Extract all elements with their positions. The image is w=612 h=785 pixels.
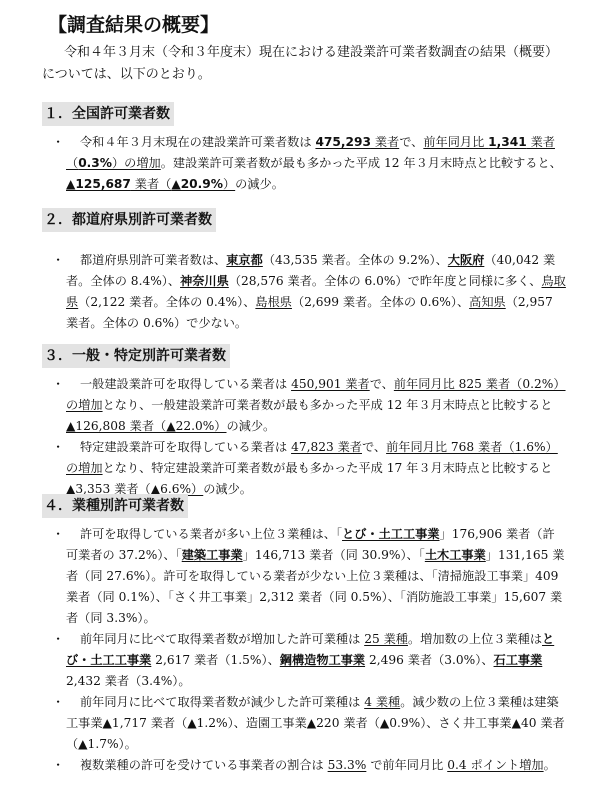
section-2-bullets: 都道府県別許可業者数は、東京都（43,535 業者。全体の 9.2%）、大阪府（… [56,250,566,334]
emphasized-text: 鋼構造物工事業 [280,653,365,667]
bullet-text: 特定建設業許可を取得している業者は [80,440,291,454]
section-3-bullets: 一般建設業許可を取得している業者は 450,901 業者で、前年同月比 825 … [56,374,566,500]
emphasized-text: 東京都 [226,253,263,267]
bullet-text: 2,496 業者（3.0%）、 [365,653,493,667]
bullet-text: 複数業種の許可を受けている事業者の割合は [80,758,328,772]
emphasized-text: ▲126,808 業者（▲22.0%） [66,419,227,433]
bullet-text: 2,617 業者（1.5%）、 [151,653,279,667]
emphasized-text: 47,823 業者 [291,440,362,454]
emphasized-text: ▲20.9% [171,177,223,191]
bullet-text: の減少。 [235,177,284,191]
section-4-bullets: 許可を取得している業者が多い上位３業種は、「とび・土工工事業」176,906 業… [56,524,566,776]
emphasized-text: 高知県 [469,295,506,309]
bullet-text: 。増加数の上位３業種は [408,632,542,646]
bullet-text: で、 [399,135,423,149]
bullet-item: 前年同月に比べて取得業者数が増加した許可業種は 25 業種。増加数の上位３業種は… [56,629,566,692]
bullet-item: 都道府県別許可業者数は、東京都（43,535 業者。全体の 9.2%）、大阪府（… [56,250,566,334]
bullet-text: 都道府県別許可業者数は、 [80,253,226,267]
emphasized-text: 業者 [371,135,399,149]
emphasized-text: 土木工事業 [425,548,486,562]
bullet-text: 2,432 業者（3.4%）。 [66,674,191,688]
emphasized-text: 475,293 [315,135,371,149]
bullet-text: （2,699 業者。全体の 0.6%）、 [292,295,469,309]
section-heading-3: ３．一般・特定別許可業者数 [42,344,230,368]
bullet-text: の減少。 [203,482,252,496]
intro-paragraph: 令和４年３月末（令和３年度末）現在における建設業許可業者数調査の結果（概要）につ… [42,42,562,86]
emphasized-text: ） [223,177,235,191]
emphasized-text: ）の増加 [112,156,161,170]
page-title: 【調査結果の概要】 [48,10,219,37]
section-heading-2: ２．都道府県別許可業者数 [42,208,216,232]
emphasized-text: 神奈川県 [180,274,229,288]
bullet-item: 特定建設業許可を取得している業者は 47,823 業者で、前年同月比 768 業… [56,437,566,500]
emphasized-text: 0.4 ポイント増加 [447,758,543,772]
emphasized-text: とび・土工工事業 [342,527,440,541]
bullet-item: 令和４年３月末現在の建設業許可業者数は 475,293 業者で、前年同月比 1,… [56,132,566,195]
bullet-text: で前年同月比 [366,758,447,772]
bullet-text: 許可を取得している業者が多い上位３業種は、「 [80,527,342,541]
emphasized-text: 450,901 業者 [291,377,370,391]
bullet-text: となり、一般建設業許可業者数が最も多かった平成 12 年３月末時点と比較すると [103,398,553,412]
bullet-text: 前年同月に比べて取得業者数が増加した許可業種は [80,632,364,646]
bullet-item: 複数業種の許可を受けている事業者の割合は 53.3% で前年同月比 0.4 ポイ… [56,755,566,776]
bullet-text: 前年同月に比べて取得業者数が減少した許可業種は [80,695,364,709]
emphasized-text: 建築工事業 [182,548,243,562]
emphasized-text: ▲125,687 [66,177,131,191]
emphasized-text: 0.3% [78,156,112,170]
bullet-text: で、 [362,440,386,454]
section-heading-4: ４．業種別許可業者数 [42,494,188,518]
bullet-item: 前年同月に比べて取得業者数が減少した許可業種は 4 業種。減少数の上位３業種は建… [56,692,566,755]
emphasized-text: 大阪府 [448,253,485,267]
bullet-text: （43,535 業者。全体の 9.2%）、 [263,253,448,267]
emphasized-text: 1,341 [488,135,527,149]
bullet-text: となり、特定建設業許可業者数が最も多かった平成 17 年３月末時点と比較すると [103,461,553,475]
bullet-text: で、 [370,377,394,391]
bullet-text: 」146,713 業者（同 30.9%）、「 [243,548,425,562]
emphasized-text: 石工事業 [494,653,543,667]
bullet-item: 一般建設業許可を取得している業者は 450,901 業者で、前年同月比 825 … [56,374,566,437]
bullet-text: （28,576 業者。全体の 6.0%）で昨年度と同様に多く、 [229,274,542,288]
bullet-text: 令和４年３月末現在の建設業許可業者数は [80,135,315,149]
section-1-bullets: 令和４年３月末現在の建設業許可業者数は 475,293 業者で、前年同月比 1,… [56,132,566,195]
bullet-text: の減少。 [227,419,276,433]
emphasized-text: 53.3% [328,758,367,772]
bullet-text: 一般建設業許可を取得している業者は [80,377,291,391]
emphasized-text: 島根県 [255,295,292,309]
bullet-item: 許可を取得している業者が多い上位３業種は、「とび・土工工事業」176,906 業… [56,524,566,629]
emphasized-text: 前年同月比 [423,135,488,149]
bullet-text: 。 [544,758,556,772]
bullet-text: 。建設業許可業者数が最も多かった平成 12 年３月末時点と比較すると、 [161,156,562,170]
bullet-text: （2,122 業者。全体の 0.4%）、 [78,295,255,309]
emphasized-text: 25 業種 [364,632,408,646]
document-page: 【調査結果の概要】 令和４年３月末（令和３年度末）現在における建設業許可業者数調… [0,0,612,785]
section-heading-1: １．全国許可業者数 [42,102,174,126]
emphasized-text: 4 業種 [364,695,400,709]
emphasized-text: 業者（ [131,177,171,191]
